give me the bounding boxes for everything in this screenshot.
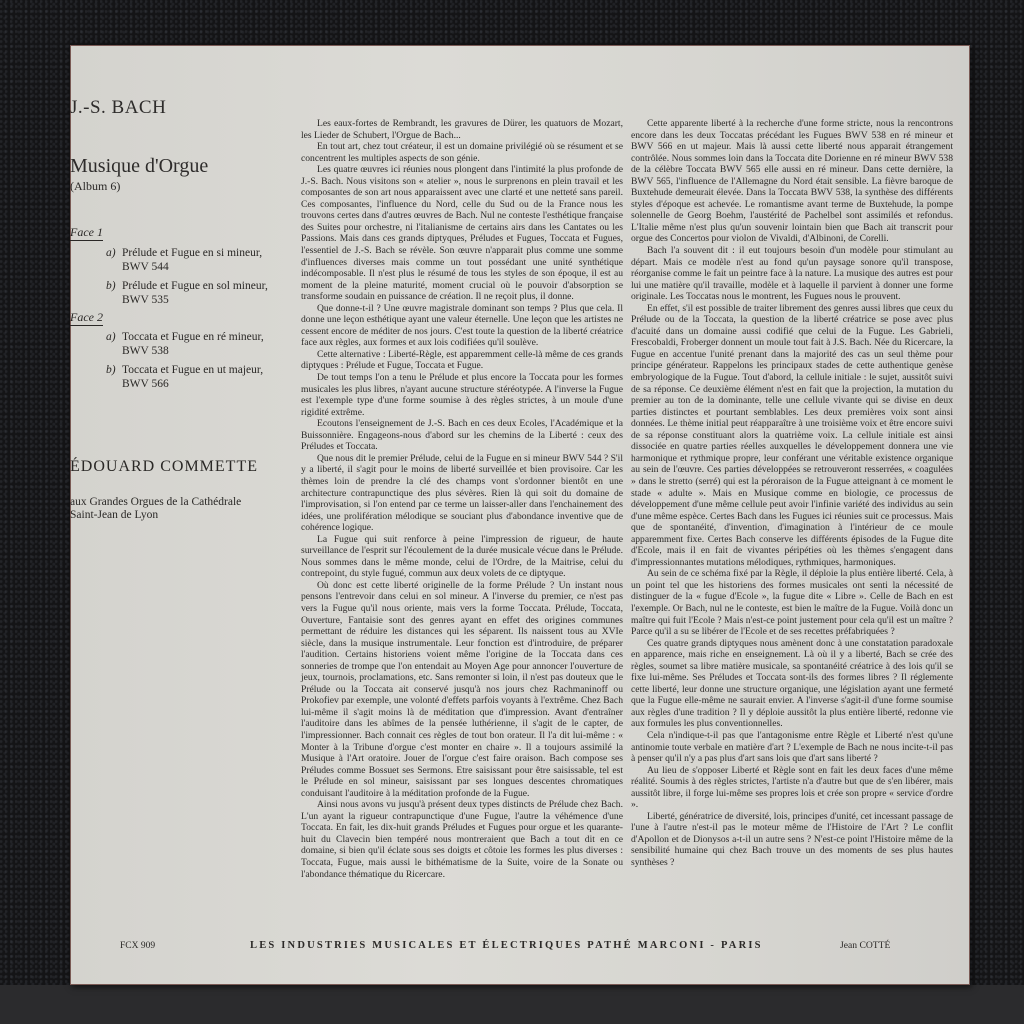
- album-subtitle: (Album 6): [70, 179, 285, 194]
- liner-notes-paragraph: De tout temps l'on a tenu le Prélude et …: [301, 372, 623, 418]
- liner-notes-paragraph: Liberté, génératrice de diversité, lois,…: [631, 811, 953, 869]
- track-list-item: a)Prélude et Fugue en si mineur, BWV 544: [106, 246, 291, 274]
- liner-notes-column-right: Cette apparente liberté à la recherche d…: [631, 118, 953, 869]
- venue: aux Grandes Orgues de la Cathédrale Sain…: [70, 496, 285, 522]
- liner-notes-column-middle: Les eaux-fortes de Rembrandt, les gravur…: [301, 118, 623, 880]
- liner-notes-paragraph: Cette apparente liberté à la recherche d…: [631, 118, 953, 245]
- liner-notes-paragraph: Que donne-t-il ? Une œuvre magistrale do…: [301, 303, 623, 349]
- catalog-number: FCX 909: [120, 941, 155, 951]
- liner-notes-paragraph: Que nous dit le premier Prélude, celui d…: [301, 453, 623, 534]
- liner-notes-paragraph: Au sein de ce schéma fixé par la Règle, …: [631, 568, 953, 637]
- performer-name: ÉDOUARD COMMETTE: [70, 458, 285, 476]
- liner-notes-paragraph: En effet, s'il est possible de traiter l…: [631, 303, 953, 569]
- venue-line: aux Grandes Orgues de la Cathédrale: [70, 496, 285, 509]
- liner-notes-paragraph: Ces quatre grands diptyques nous amènent…: [631, 638, 953, 730]
- liner-notes-paragraph: Ainsi nous avons vu jusqu'à présent deux…: [301, 799, 623, 880]
- venue-line: Saint-Jean de Lyon: [70, 509, 285, 522]
- liner-notes-paragraph: Au lieu de s'opposer Liberté et Règle so…: [631, 765, 953, 811]
- liner-notes-paragraph: Bach l'a souvent dit : il eut toujours b…: [631, 245, 953, 303]
- track-list-item: b)Prélude et Fugue en sol mineur, BWV 53…: [106, 279, 291, 307]
- author-signature: Jean COTTÉ: [840, 940, 890, 951]
- liner-notes-paragraph: Cette alternative : Liberté-Règle, est a…: [301, 349, 623, 372]
- record-sleeve-back: J.-S. BACH Musique d'Orgue (Album 6) Fac…: [70, 45, 970, 985]
- shelf-surface: [0, 985, 1024, 1024]
- publisher-line: LES INDUSTRIES MUSICALES ET ÉLECTRIQUES …: [250, 940, 763, 951]
- face-2-heading: Face 2: [70, 310, 285, 325]
- liner-notes-paragraph: La Fugue qui suit renforce à peine l'imp…: [301, 534, 623, 580]
- liner-notes-paragraph: Les eaux-fortes de Rembrandt, les gravur…: [301, 118, 623, 141]
- album-title: Musique d'Orgue: [70, 155, 285, 178]
- face-1-heading: Face 1: [70, 225, 285, 240]
- liner-notes-paragraph: Cela n'indique-t-il pas que l'antagonism…: [631, 730, 953, 765]
- track-list-item: b)Toccata et Fugue en ut majeur, BWV 566: [106, 363, 291, 391]
- track-list-item: a)Toccata et Fugue en ré mineur, BWV 538: [106, 330, 291, 358]
- artist-name: J.-S. BACH: [70, 97, 285, 119]
- liner-notes-paragraph: Où donc est cette liberté originelle de …: [301, 580, 623, 799]
- liner-notes-paragraph: En tout art, chez tout créateur, il est …: [301, 141, 623, 164]
- liner-notes-paragraph: Ecoutons l'enseignement de J.-S. Bach en…: [301, 418, 623, 453]
- liner-notes-paragraph: Les quatre œuvres ici réunies nous plong…: [301, 164, 623, 303]
